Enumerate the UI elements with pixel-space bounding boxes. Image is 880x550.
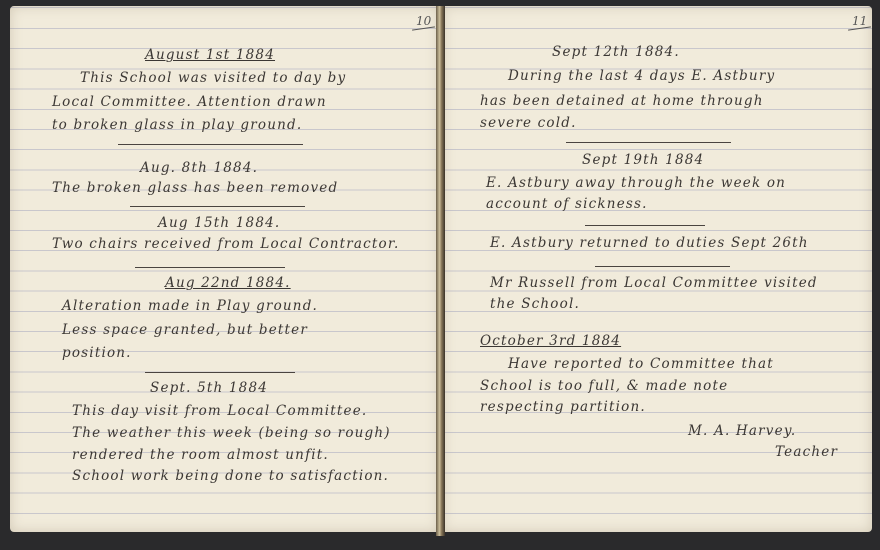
entry-separator: [566, 142, 731, 143]
entry-line: During the last 4 days E. Astbury: [508, 68, 775, 84]
entry-date: August 1st 1884: [145, 47, 275, 63]
entry-line: E. Astbury returned to duties Sept 26th: [490, 235, 809, 251]
entry-line: This day visit from Local Committee.: [72, 403, 367, 419]
entry-line: has been detained at home through: [480, 93, 764, 109]
signature: M. A. Harvey.: [688, 423, 796, 439]
entry-line: Have reported to Committee that: [508, 356, 774, 372]
entry-line: account of sickness.: [486, 196, 648, 212]
book-spine: [436, 6, 445, 536]
entry-line: Less space granted, but better: [62, 322, 308, 338]
entry-separator: [135, 267, 285, 268]
entry-line: The weather this week (being so rough): [72, 425, 391, 441]
entry-separator: [585, 225, 705, 226]
entry-separator: [130, 206, 305, 207]
entry-line: The broken glass has been removed: [52, 180, 338, 196]
entry-line: severe cold.: [480, 115, 577, 131]
entry-date: Aug. 8th 1884.: [140, 160, 258, 176]
signature-title: Teacher: [775, 444, 838, 460]
entry-line: position.: [62, 345, 132, 361]
entry-separator: [145, 372, 295, 373]
entry-date: Sept 12th 1884.: [552, 44, 680, 60]
entry-line: Two chairs received from Local Contracto…: [52, 236, 400, 252]
entry-line: School is too full, & made note: [480, 378, 728, 394]
entry-line: Mr Russell from Local Committee visited: [490, 275, 818, 291]
entry-separator: [118, 144, 303, 145]
entry-date: October 3rd 1884: [480, 333, 621, 349]
page-number-left: 10: [416, 14, 431, 28]
entry-line: to broken glass in play ground.: [52, 117, 302, 133]
entry-line: Alteration made in Play ground.: [62, 298, 318, 314]
entry-date: Sept. 5th 1884: [150, 380, 268, 396]
entry-line: E. Astbury away through the week on: [486, 175, 786, 191]
entry-line: respecting partition.: [480, 399, 646, 415]
entry-date: Aug 22nd 1884.: [165, 275, 291, 291]
entry-separator: [595, 266, 730, 267]
entry-line: This School was visited to day by: [80, 70, 346, 86]
entry-line: School work being done to satisfaction.: [72, 468, 389, 484]
entry-date: Sept 19th 1884: [582, 152, 704, 168]
entry-line: Local Committee. Attention drawn: [52, 94, 327, 110]
entry-line: the School.: [490, 296, 580, 312]
entry-date: Aug 15th 1884.: [158, 215, 280, 231]
entry-line: rendered the room almost unfit.: [72, 447, 329, 463]
page-number-right: 11: [852, 14, 867, 28]
